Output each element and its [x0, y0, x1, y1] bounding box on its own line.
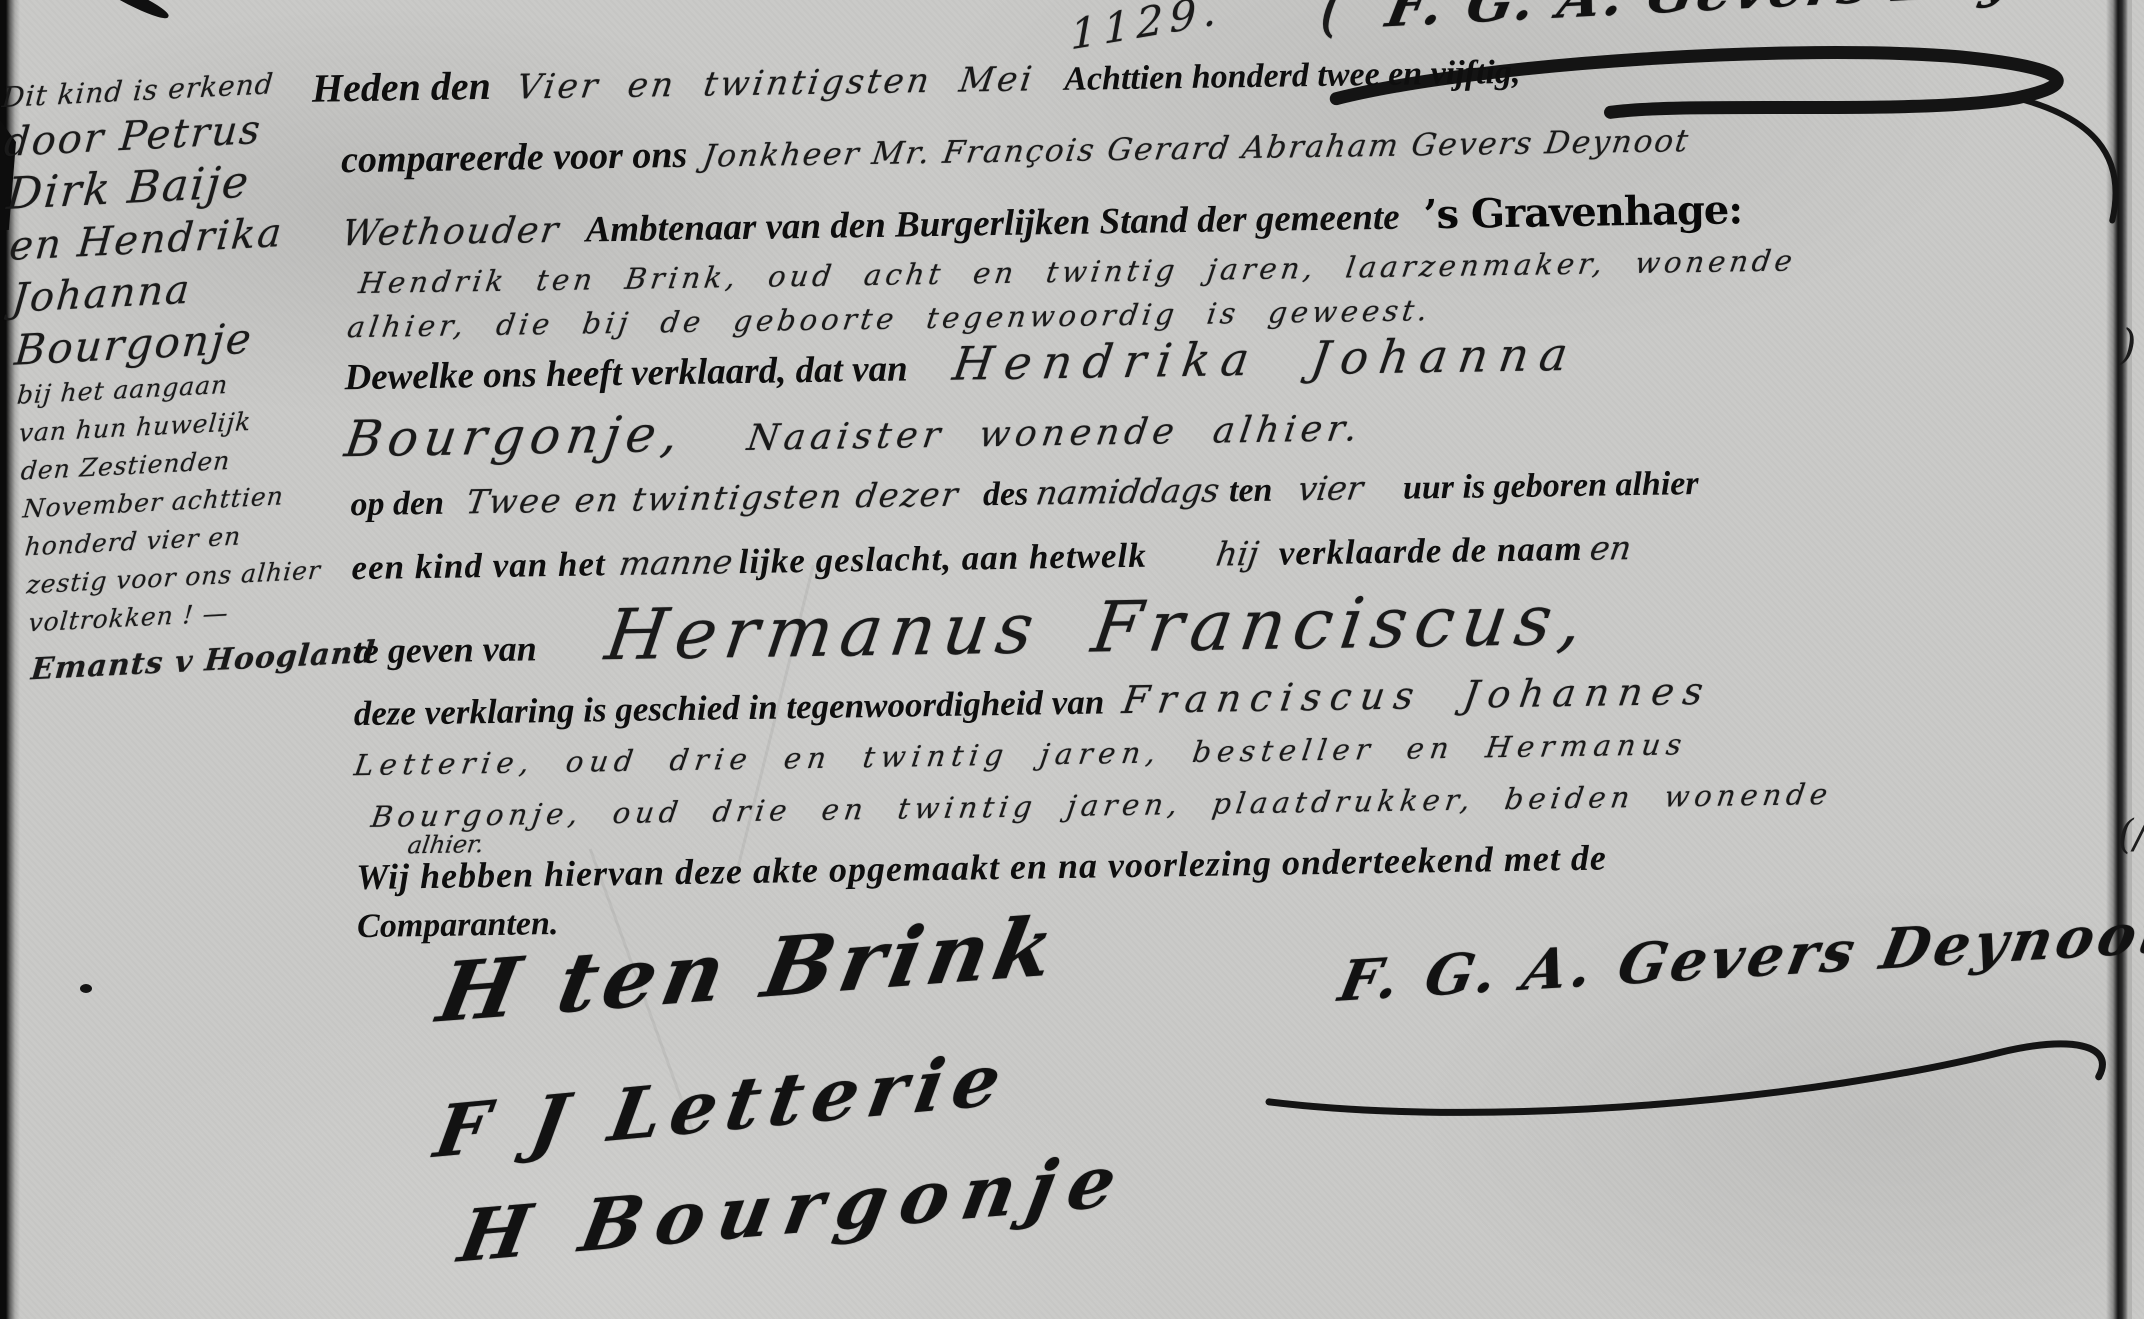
signature-ten-brink: H ten Brink	[443, 917, 1055, 1023]
handwritten-text: en	[1588, 528, 1634, 568]
body-line-7: Bourgonje,Naaister wonende alhier.	[345, 394, 1363, 468]
printed-text: des	[983, 476, 1029, 514]
handwritten-text: Twee en twintigsten dezer	[463, 475, 961, 522]
handwritten-text: Letterie, oud drie en twintig jaren, bes…	[352, 727, 1690, 782]
printed-text: Dewelke ons heeft verklaard, dat van	[344, 348, 908, 398]
handwritten-text: Hendrik ten Brink, oud acht en twintig j…	[357, 243, 1799, 300]
handwritten-text: Hendrika Johanna	[950, 327, 1583, 391]
body-line-14: Wij hebben hiervan deze akte opgemaakt e…	[356, 837, 1607, 899]
scanned-birth-certificate: ) (/ 1129. ( F. G. A. Gevers Deynoot Dit…	[0, 0, 2144, 1319]
handwritten-text: manne	[617, 542, 736, 583]
body-line-10: te geven vanHermanus Franciscus,	[352, 579, 1590, 680]
printed-text: compareerde voor ons	[341, 134, 688, 181]
printed-text: ten	[1229, 472, 1273, 510]
body-line-12: Letterie, oud drie en twintig jaren, bes…	[354, 727, 1687, 782]
child-name: Hermanus Franciscus,	[601, 579, 1596, 677]
margin-note: Dit kind is erkend door Petrus Dirk Baij…	[1, 64, 332, 698]
body-line-11: deze verklaring is geschied in tegenwoor…	[353, 669, 1711, 734]
signature-flourish	[1259, 992, 2141, 1136]
printed-text: te geven van	[352, 628, 537, 671]
handwritten-text: namiddags	[1033, 471, 1221, 513]
handwritten-text: Naaister wonende alhier.	[745, 408, 1365, 459]
handwritten-text: Vier en twintigsten Mei	[514, 59, 1037, 107]
signature-text: F J Letterie	[429, 1036, 1016, 1174]
blackletter-text: ’s Gravenhage:	[1423, 186, 1742, 238]
signature-bourgonje: H Bourgonje	[465, 1160, 1124, 1255]
signature-gevers-deynoot: F. G. A. Gevers Deynoot	[1343, 918, 2144, 997]
body-line-9: een kind van hetmannelijke geslacht, aan…	[351, 528, 1631, 588]
printed-text: een kind van het	[351, 544, 606, 587]
printed-text: op den	[350, 485, 444, 523]
printed-text: Achttien honderd twee en vijftig,	[1064, 54, 1521, 98]
printed-text: lijke geslacht, aan hetwelk	[738, 536, 1147, 581]
document-content: 1129. ( F. G. A. Gevers Deynoot Dit kind…	[0, 0, 2144, 1319]
body-line-8: op denTwee en twintigsten dezerdesnamidd…	[350, 463, 1699, 524]
printed-text: uur is geboren alhier	[1403, 465, 1699, 507]
printed-text: Heden den	[312, 63, 492, 111]
handwritten-text: Franciscus Johannes	[1119, 669, 1714, 722]
printed-text: deze verklaring is geschied in tegenwoor…	[353, 682, 1104, 733]
handwritten-text: Bourgonje, oud drie en twintig jaren, pl…	[369, 777, 1835, 834]
handwritten-text: Wethouder	[339, 210, 562, 255]
body-line-3: WethouderAmbtenaar van den Burgerlijken …	[342, 186, 1743, 255]
body-line-4: Hendrik ten Brink, oud acht en twintig j…	[359, 243, 1796, 300]
printed-text: Ambtenaar van den Burgerlijken Stand der…	[585, 197, 1400, 251]
printed-text: Wij hebben hiervan deze akte opgemaakt e…	[356, 838, 1607, 898]
handwritten-text: Bourgonje,	[341, 405, 687, 468]
handwritten-text: vier	[1296, 468, 1366, 508]
printed-text: verklaarde de naam	[1278, 529, 1582, 573]
body-line-13: Bourgonje, oud drie en twintig jaren, pl…	[371, 777, 1832, 834]
signature-letterie: F J Letterie	[440, 1058, 1004, 1152]
handwritten-text: hij	[1214, 534, 1262, 574]
